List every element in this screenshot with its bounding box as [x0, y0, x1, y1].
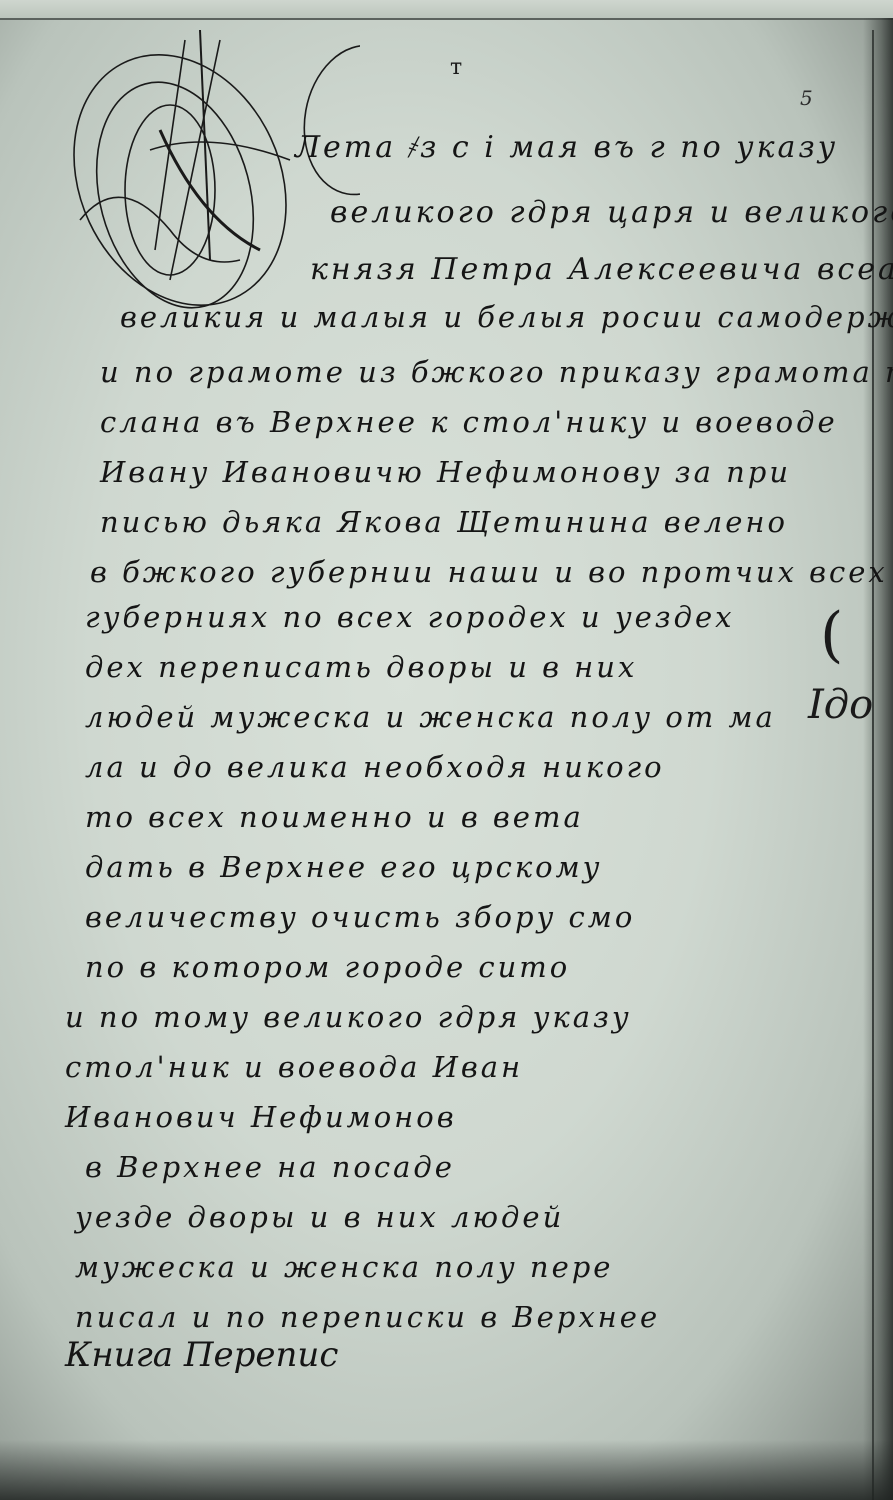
marginal-note: Ідо	[808, 682, 873, 728]
manuscript-line: ла и до велика необходя никого	[85, 750, 665, 784]
manuscript-page: 5 т Лета ҂з с і мая въ г по указувеликог…	[0, 0, 893, 1500]
superscript-letter: т	[450, 55, 462, 80]
manuscript-line: губерниях по всех городех и уездех	[85, 600, 735, 634]
manuscript-line: людей мужеска и женска полу от ма	[85, 700, 776, 734]
manuscript-line: Иванович Нефимонов	[65, 1100, 457, 1134]
manuscript-line: мужеска и женска полу пере	[75, 1250, 613, 1284]
manuscript-line: Ивану Ивановичю Нефимонову за при	[100, 455, 791, 489]
manuscript-line: великого гдря царя и великого	[330, 195, 893, 230]
manuscript-line: то всех поименно и в вета	[85, 800, 584, 834]
manuscript-line: в бжкого губернии наши и во протчих всех	[90, 555, 888, 589]
manuscript-line: стол'ник и воевода Иван	[65, 1050, 523, 1084]
manuscript-line: и по тому великого гдря указу	[65, 1000, 632, 1034]
marginal-bracket: (	[820, 600, 843, 670]
page-bottom-shadow	[0, 1440, 893, 1500]
manuscript-line: и по грамоте из бжкого приказу грамота п…	[100, 355, 893, 389]
folio-number: 5	[800, 86, 813, 110]
signature: Книга Перепис	[65, 1335, 338, 1375]
manuscript-line: дех переписать дворы и в них	[85, 650, 637, 684]
page-top-edge	[0, 0, 893, 20]
manuscript-line: слана въ Верхнее к стол'нику и воеводе	[100, 405, 838, 439]
manuscript-line: в Верхнее на посаде	[85, 1150, 455, 1184]
manuscript-line: писью дьяка Якова Щетинина велено	[100, 505, 788, 539]
manuscript-line: великия и малыя и белыя росии самодержца	[120, 300, 893, 334]
manuscript-line: величеству очисть збору смо	[85, 900, 635, 934]
manuscript-line: писал и по переписки в Верхнее	[75, 1300, 660, 1334]
manuscript-line: Лета ҂з с і мая въ г по указу	[295, 130, 838, 165]
manuscript-line: уезде дворы и в них людей	[75, 1200, 564, 1234]
page-right-shadow	[863, 18, 893, 1500]
manuscript-line: дать в Верхнее его црскому	[85, 850, 603, 884]
manuscript-line: по в котором городе сито	[85, 950, 570, 984]
manuscript-line: князя Петра Алексеевича всеа	[310, 252, 893, 287]
